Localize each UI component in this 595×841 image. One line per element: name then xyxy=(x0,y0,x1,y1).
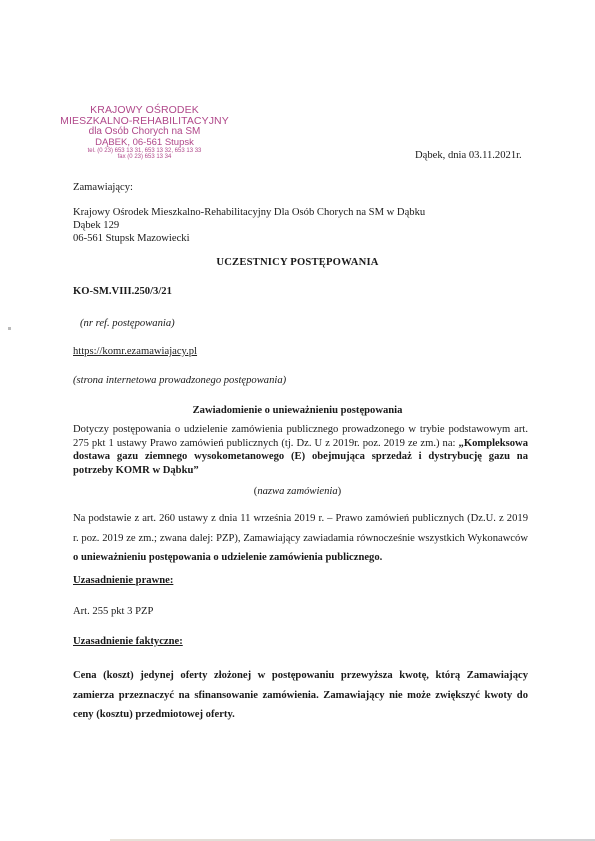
procurement-url-link[interactable]: https://komr.ezamawiajacy.pl xyxy=(73,346,197,357)
contract-name-note-text: nazwa zamówienia xyxy=(257,486,337,497)
document-page: KRAJOWY OŚRODEK MIESZKALNO-REHABILITACYJ… xyxy=(0,0,595,841)
procedure-paragraph: Dotyczy postępowania o udzielenie zamówi… xyxy=(73,423,528,477)
stamp-fax: fax (0 23) 653 13 34 xyxy=(52,154,237,160)
legal-basis-paragraph: Na podstawie z art. 260 ustawy z dnia 11… xyxy=(73,509,528,568)
legal-basis-text: Na podstawie z art. 260 ustawy z dnia 11… xyxy=(73,513,528,544)
address-city: 06-561 Stupsk Mazowiecki xyxy=(73,232,425,245)
reference-number: KO-SM.VIII.250/3/21 xyxy=(73,286,172,297)
legal-justification-heading: Uzasadnienie prawne: xyxy=(73,575,173,586)
address-street: Dąbek 129 xyxy=(73,219,425,232)
url-note: (strona internetowa prowadzonego postępo… xyxy=(73,375,286,386)
address-name: Krajowy Ośrodek Mieszkalno-Rehabilitacyj… xyxy=(73,206,425,219)
contracting-authority-address: Krajowy Ośrodek Mieszkalno-Rehabilitacyj… xyxy=(73,206,425,246)
stamp-line-3: dla Osób Chorych na SM xyxy=(52,127,237,138)
institution-stamp: KRAJOWY OŚRODEK MIESZKALNO-REHABILITACYJ… xyxy=(52,105,237,160)
stamp-line-4: DĄBEK, 06-561 Stupsk xyxy=(52,138,237,148)
paren-close: ) xyxy=(338,486,342,497)
document-date: Dąbek, dnia 03.11.2021r. xyxy=(415,150,522,161)
scan-speck xyxy=(8,327,11,330)
reference-note: (nr ref. postępowania) xyxy=(80,318,175,329)
factual-justification-heading: Uzasadnienie faktyczne: xyxy=(73,636,183,647)
contract-name-note: (nazwa zamówienia) xyxy=(0,486,595,497)
notice-subject: Zawiadomienie o unieważnieniu postępowan… xyxy=(0,405,595,416)
document-title: UCZESTNICY POSTĘPOWANIA xyxy=(0,257,595,268)
legal-article: Art. 255 pkt 3 PZP xyxy=(73,606,153,617)
factual-justification-text: Cena (koszt) jedynej oferty złożonej w p… xyxy=(73,666,528,725)
annulment-statement: o unieważnieniu postępowania o udzieleni… xyxy=(73,552,382,563)
zamawiajacy-label: Zamawiający: xyxy=(73,182,133,193)
